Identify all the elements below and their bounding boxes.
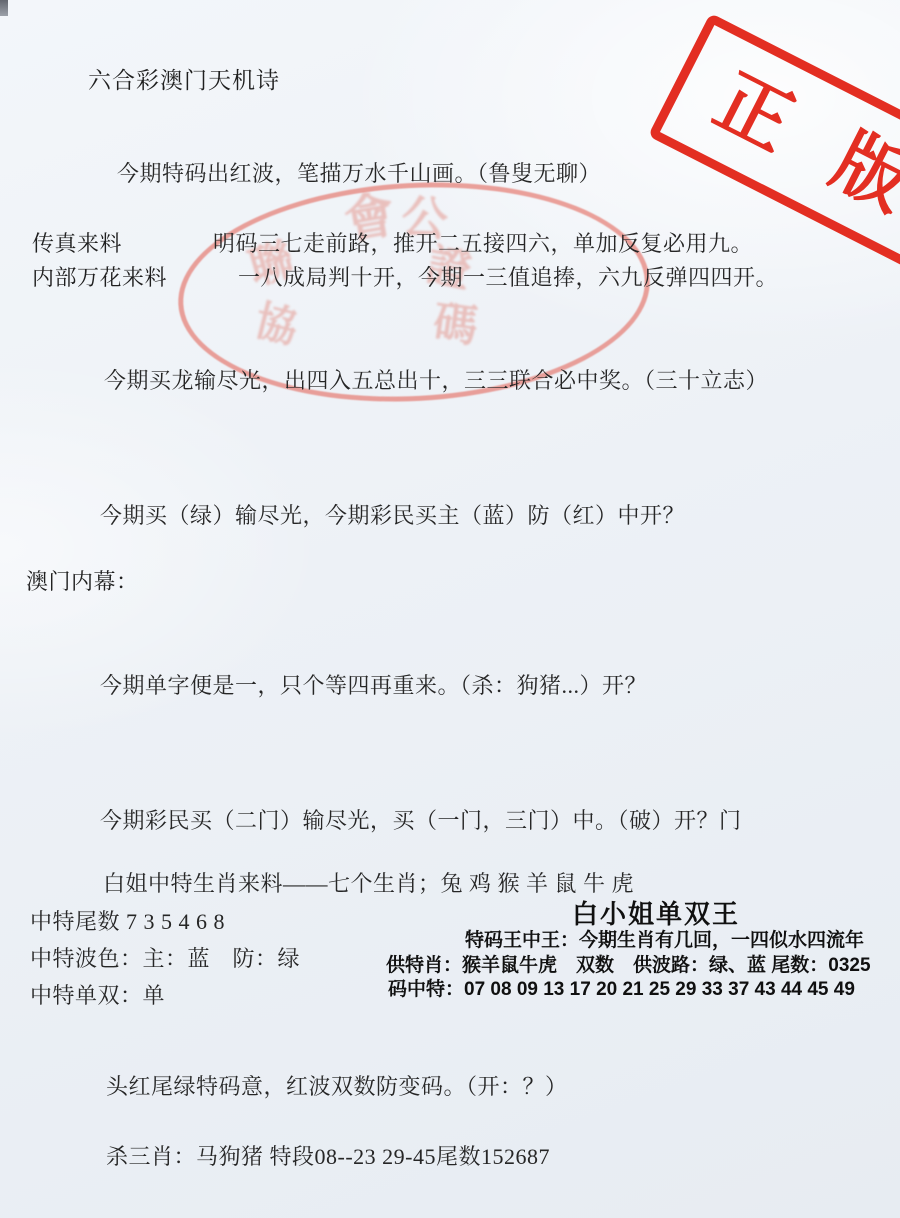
fax-source-text: 明码三七走前路，推开二五接四六，单加反复必用九。 [213, 227, 753, 258]
poem-line-6: 头红尾绿特码意，红波双数防变码。（开：？） [106, 1070, 568, 1101]
zodiac-tip-line: 白姐中特生肖来料——七个生肖；兔 鸡 猴 羊 鼠 牛 虎 [103, 867, 634, 898]
stamp-char-ban: 版 [822, 123, 900, 223]
scan-corner-artifact [0, 0, 8, 16]
poem-line-2: 今期买龙输尽光，出四入五总出十，三三联合必中奖。（三十立志） [104, 364, 768, 395]
poem-line-4: 今期单字便是一，只个等四再重来。（杀：狗猪...）开？ [100, 669, 647, 700]
special-king-line: 特码王中王：今期生肖有几回，一四似水四流年 [465, 925, 864, 952]
poem-line-3: 今期买（绿）输尽光，今期彩民买主（蓝）防（红）中开？ [100, 499, 685, 530]
odd-even-line: 中特单双：单 [30, 979, 165, 1010]
stamp-char-zheng: 正 [704, 63, 804, 163]
internal-source-text: 一八成局判十开，今期一三值追捧，六九反弹四四开。 [238, 261, 778, 292]
kill-three-zodiac-line: 杀三肖：马狗猪 特段08--23 29-45尾数152687 [106, 1140, 550, 1171]
special-numbers-line: 码中特：07 08 09 13 17 20 21 25 29 33 37 43 … [388, 974, 855, 1001]
scanned-lottery-sheet: 會 公 聯 證 碼 協 正 版 六合彩澳门天机诗 今期特码出红波，笔描万水千山画… [0, 0, 900, 1218]
wave-color-line: 中特波色：主：蓝 防：绿 [30, 942, 300, 973]
macau-insider-label: 澳门内幕： [26, 565, 139, 596]
poem-line-1: 今期特码出红波，笔描万水千山画。（鲁叟无聊） [117, 157, 601, 188]
fax-source-label: 传真来料 [32, 227, 122, 258]
tail-numbers-line: 中特尾数 7 3 5 4 6 8 [30, 905, 225, 936]
internal-source-label: 内部万花来料 [32, 261, 167, 292]
page-title: 六合彩澳门天机诗 [88, 62, 280, 95]
zodiac-wave-line: 供特肖：猴羊鼠牛虎 双数 供波路：绿、蓝 尾数：0325 [386, 950, 871, 977]
seal-character: 碼 [430, 285, 482, 355]
poem-line-5: 今期彩民买（二门）输尽光，买（一门，三门）中。（破）开？门 [100, 804, 742, 835]
